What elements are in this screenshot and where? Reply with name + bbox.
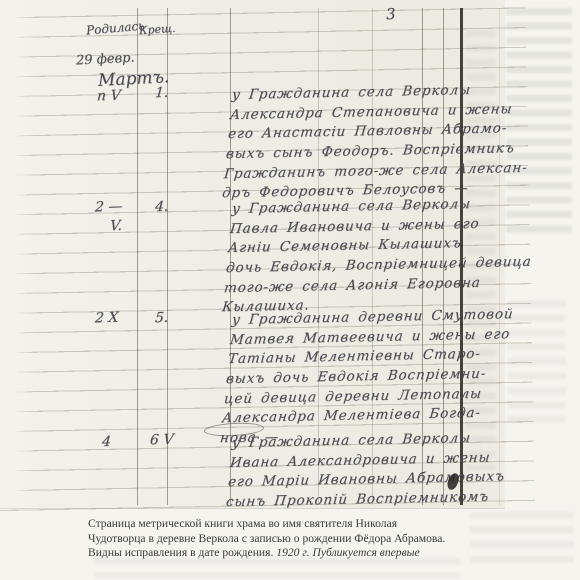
entry-1-birth-day: п V [96, 88, 121, 105]
header-baptized: Крещ. [139, 22, 176, 38]
page-number: 3 [385, 5, 396, 24]
photo-caption: Страница метрической книги храма во имя … [88, 517, 478, 561]
entry-4-text: у Гражданина села Верколы Ивана Александ… [225, 428, 510, 513]
page-margin [0, 0, 36, 508]
entry-2-birth-day: 2 — [94, 199, 123, 216]
entry-3-birth-day: 2 X [94, 310, 119, 327]
entry-1-number: 1. [154, 85, 169, 101]
book-page: 3 Родилась Крещ. 29 февр. Мартъ. п V 1. … [0, 0, 580, 580]
entry-3-number: 5. [154, 310, 169, 326]
caption-text: Видны исправления в дате рождения. [88, 546, 273, 559]
entry-4-birth-day: 4 [101, 434, 111, 450]
entry-2-number: 4. [154, 199, 169, 215]
entry-2-text: у Гражданина села Верколы Павла Иванович… [221, 194, 539, 319]
caption-line: Страница метрической книги храма во имя … [88, 517, 478, 532]
caption-credit: 1920 г. Публикуется впервые [276, 546, 419, 559]
bleedthrough-right-mid [508, 300, 566, 430]
caption-line: Видны исправления в дате рождения. 1920 … [88, 546, 478, 561]
bleedthrough-right-top [506, 8, 572, 233]
bleedthrough-bottom-right [470, 512, 574, 570]
entry-4-number: 6 V [149, 432, 174, 449]
metric-book-scan: 3 Родилась Крещ. 29 февр. Мартъ. п V 1. … [0, 0, 505, 509]
bleedthrough-bottom [95, 558, 460, 578]
date-note: 29 февр. [76, 50, 135, 68]
entry-2-check-mark: V. [109, 218, 122, 234]
caption-line: Чудотворца в деревне Веркола с записью о… [88, 532, 478, 547]
entry-1-text: у Гражданина села Верколы Александра Сте… [221, 80, 537, 205]
